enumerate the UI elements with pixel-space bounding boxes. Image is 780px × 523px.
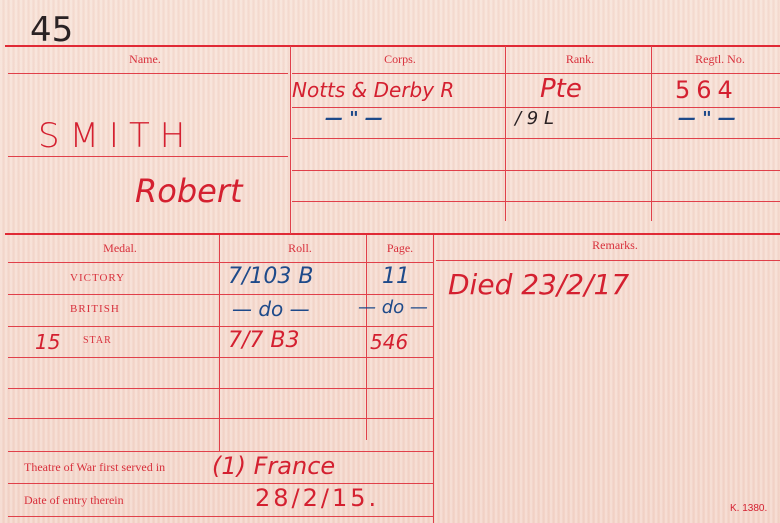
form-number: K. 1380.: [730, 503, 767, 514]
medal-row-line: [8, 294, 433, 295]
header-corps: Corps.: [360, 52, 440, 67]
star-prefix: 15: [35, 330, 60, 354]
header-regtl-no: Regtl. No.: [670, 52, 770, 67]
medal-name-british: BRITISH: [70, 303, 160, 315]
surname-value: SMITH: [38, 116, 195, 156]
rank-second: / 9 L: [515, 108, 554, 129]
row-line: [292, 170, 780, 171]
corner-number: 45: [30, 10, 73, 50]
regtl-no-ditto: — " —: [678, 108, 736, 129]
page-value-star: 546: [370, 330, 408, 354]
row-line: [292, 138, 780, 139]
name-corps-divider: [290, 46, 291, 234]
row-line: [292, 201, 780, 202]
header-medal: Medal.: [80, 241, 160, 256]
page-remarks-divider: [433, 235, 434, 523]
medal-roll-divider: [219, 235, 220, 451]
page-value-british: — do —: [358, 297, 428, 318]
roll-page-divider: [366, 235, 367, 440]
section-divider-line: [5, 233, 780, 235]
date-label: Date of entry therein: [24, 493, 204, 508]
medal-row-line: [8, 388, 433, 389]
forename-value: Robert: [135, 172, 243, 210]
roll-value-victory: 7/103 B: [228, 264, 314, 289]
header-rank: Rank.: [540, 52, 620, 67]
regtl-no-value: 564: [675, 76, 739, 104]
date-value: 28/2/15.: [255, 484, 379, 512]
rank-regtl-divider: [651, 46, 652, 221]
corps-value: Notts & Derby R: [292, 78, 454, 102]
theatre-value: (1) France: [212, 452, 335, 480]
page-value-victory: 11: [382, 264, 410, 289]
medal-row-line: [8, 357, 433, 358]
medal-name-victory: VICTORY: [70, 272, 160, 284]
remarks-header-underline: [436, 260, 780, 261]
header-remarks: Remarks.: [560, 238, 670, 253]
top-border-line: [5, 45, 780, 47]
header-page: Page.: [370, 241, 430, 256]
medal-row-line: [8, 418, 433, 419]
roll-value-british: — do —: [232, 297, 310, 321]
header-roll: Roll.: [260, 241, 340, 256]
date-row-line: [8, 516, 433, 517]
header-underline-name: [8, 73, 288, 74]
rank-value: Pte: [540, 74, 582, 104]
medal-header-underline: [8, 262, 433, 263]
medal-row-line: [8, 326, 433, 327]
surname-line: [8, 156, 288, 157]
medal-name-star: STAR: [83, 335, 143, 346]
corps-ditto: — " —: [325, 108, 383, 129]
header-underline-right: [292, 73, 780, 74]
remarks-value: Died 23/2/17: [448, 268, 629, 301]
theatre-label: Theatre of War first served in: [24, 460, 224, 475]
header-name: Name.: [100, 52, 190, 67]
corps-rank-divider: [505, 46, 506, 221]
roll-value-star: 7/7 B3: [228, 328, 300, 353]
